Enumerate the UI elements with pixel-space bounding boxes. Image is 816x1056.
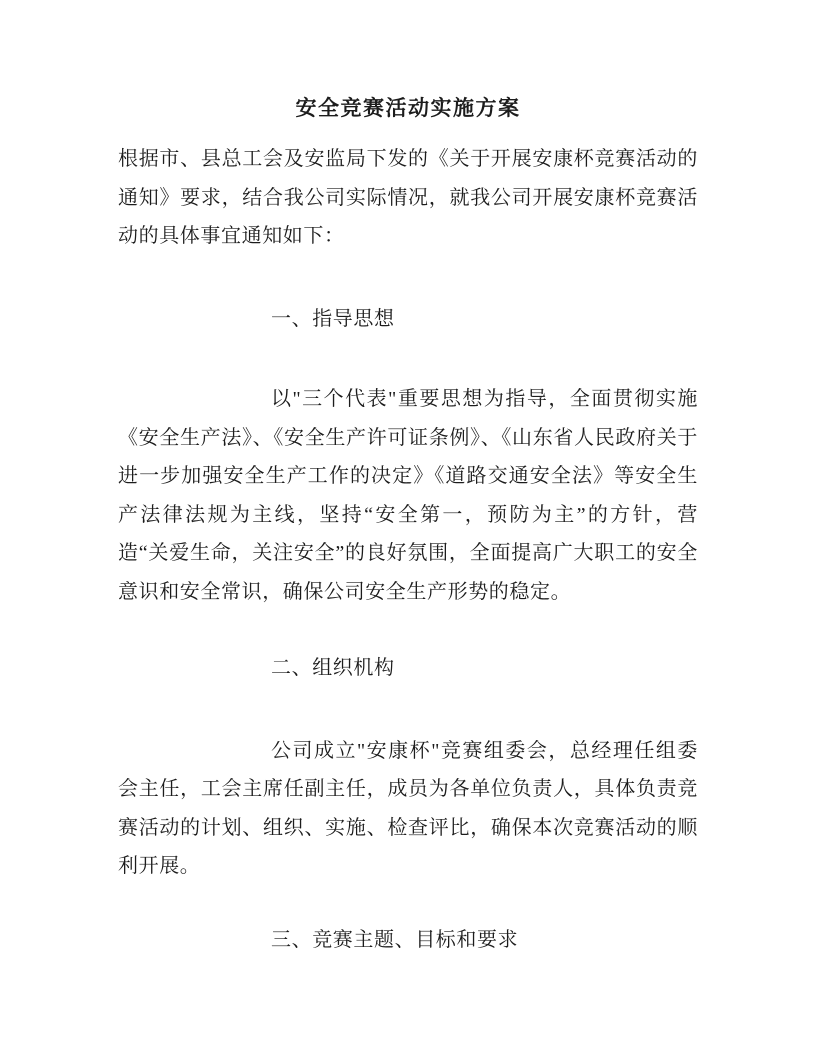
- document-title: 安全竞赛活动实施方案: [118, 93, 698, 123]
- paragraph-guiding-ideology: 以"三个代表"重要思想为指导，全面贯彻实施《安全生产法》、《安全生产许可证条例》…: [118, 380, 698, 611]
- section-heading-2: 二、组织机构: [118, 649, 698, 688]
- section-heading-1: 一、指导思想: [118, 300, 698, 339]
- document-page: 安全竞赛活动实施方案 根据市、县总工会及安监局下发的《关于开展安康杯竞赛活动的通…: [0, 0, 816, 1056]
- paragraph-intro: 根据市、县总工会及安监局下发的《关于开展安康杯竞赛活动的通知》要求，结合我公司实…: [118, 140, 698, 256]
- paragraph-organization: 公司成立"安康杯"竞赛组委会，总经理任组委会主任，工会主席任副主任，成员为各单位…: [118, 732, 698, 886]
- section-heading-3: 三、竞赛主题、目标和要求: [118, 921, 698, 960]
